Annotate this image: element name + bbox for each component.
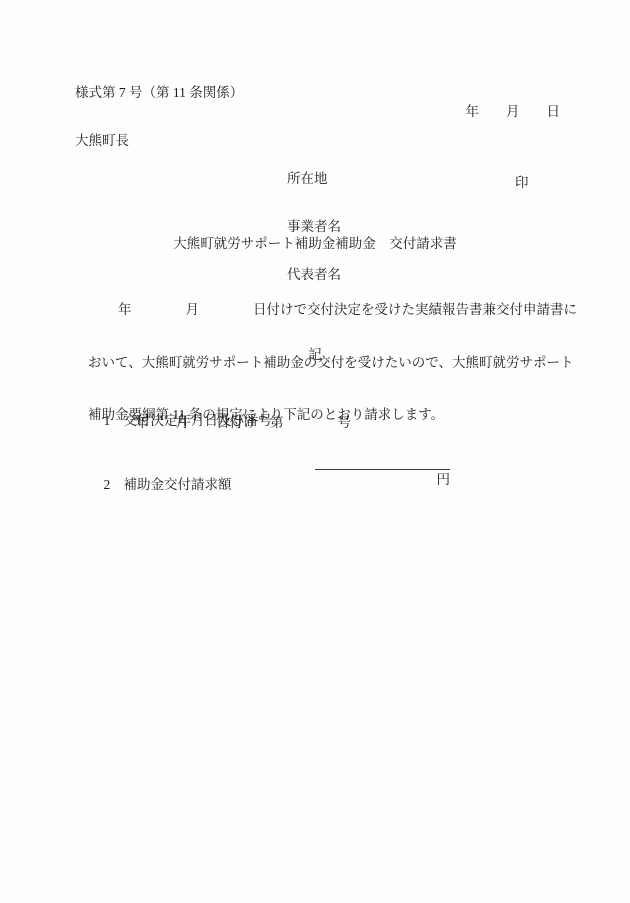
sender-location-label: 所在地 bbox=[287, 171, 341, 187]
record-heading: 記 bbox=[0, 343, 630, 363]
amount-blank-underline: 円 bbox=[315, 452, 450, 470]
item-1-date-number-blank: 年 月 日付け 第 号 bbox=[135, 411, 351, 431]
yen-unit-label: 円 bbox=[437, 472, 451, 487]
addressee-mayor: 大熊町長 bbox=[75, 129, 129, 149]
date-blank-line: 年 月 日 bbox=[466, 100, 561, 120]
document-title: 大熊町就労サポート補助金補助金 交付請求書 bbox=[0, 232, 630, 252]
body-line-1: 年 月 日付けで交付決定を受けた実績報告書兼交付申請書に bbox=[88, 301, 577, 319]
item-1-number: 1 bbox=[104, 413, 124, 429]
subsidy-payment-request-form: 様式第 7 号（第 11 条関係） 年 月 日 大熊町長 所在地 事業者名 代表… bbox=[0, 0, 630, 903]
item-2-row: 2補助金交付請求額 bbox=[90, 457, 232, 509]
form-number: 様式第 7 号（第 11 条関係） bbox=[75, 81, 243, 101]
item-2-number: 2 bbox=[104, 477, 124, 493]
seal-mark: 印 bbox=[515, 171, 529, 191]
item-2-label: 補助金交付請求額 bbox=[124, 477, 232, 492]
